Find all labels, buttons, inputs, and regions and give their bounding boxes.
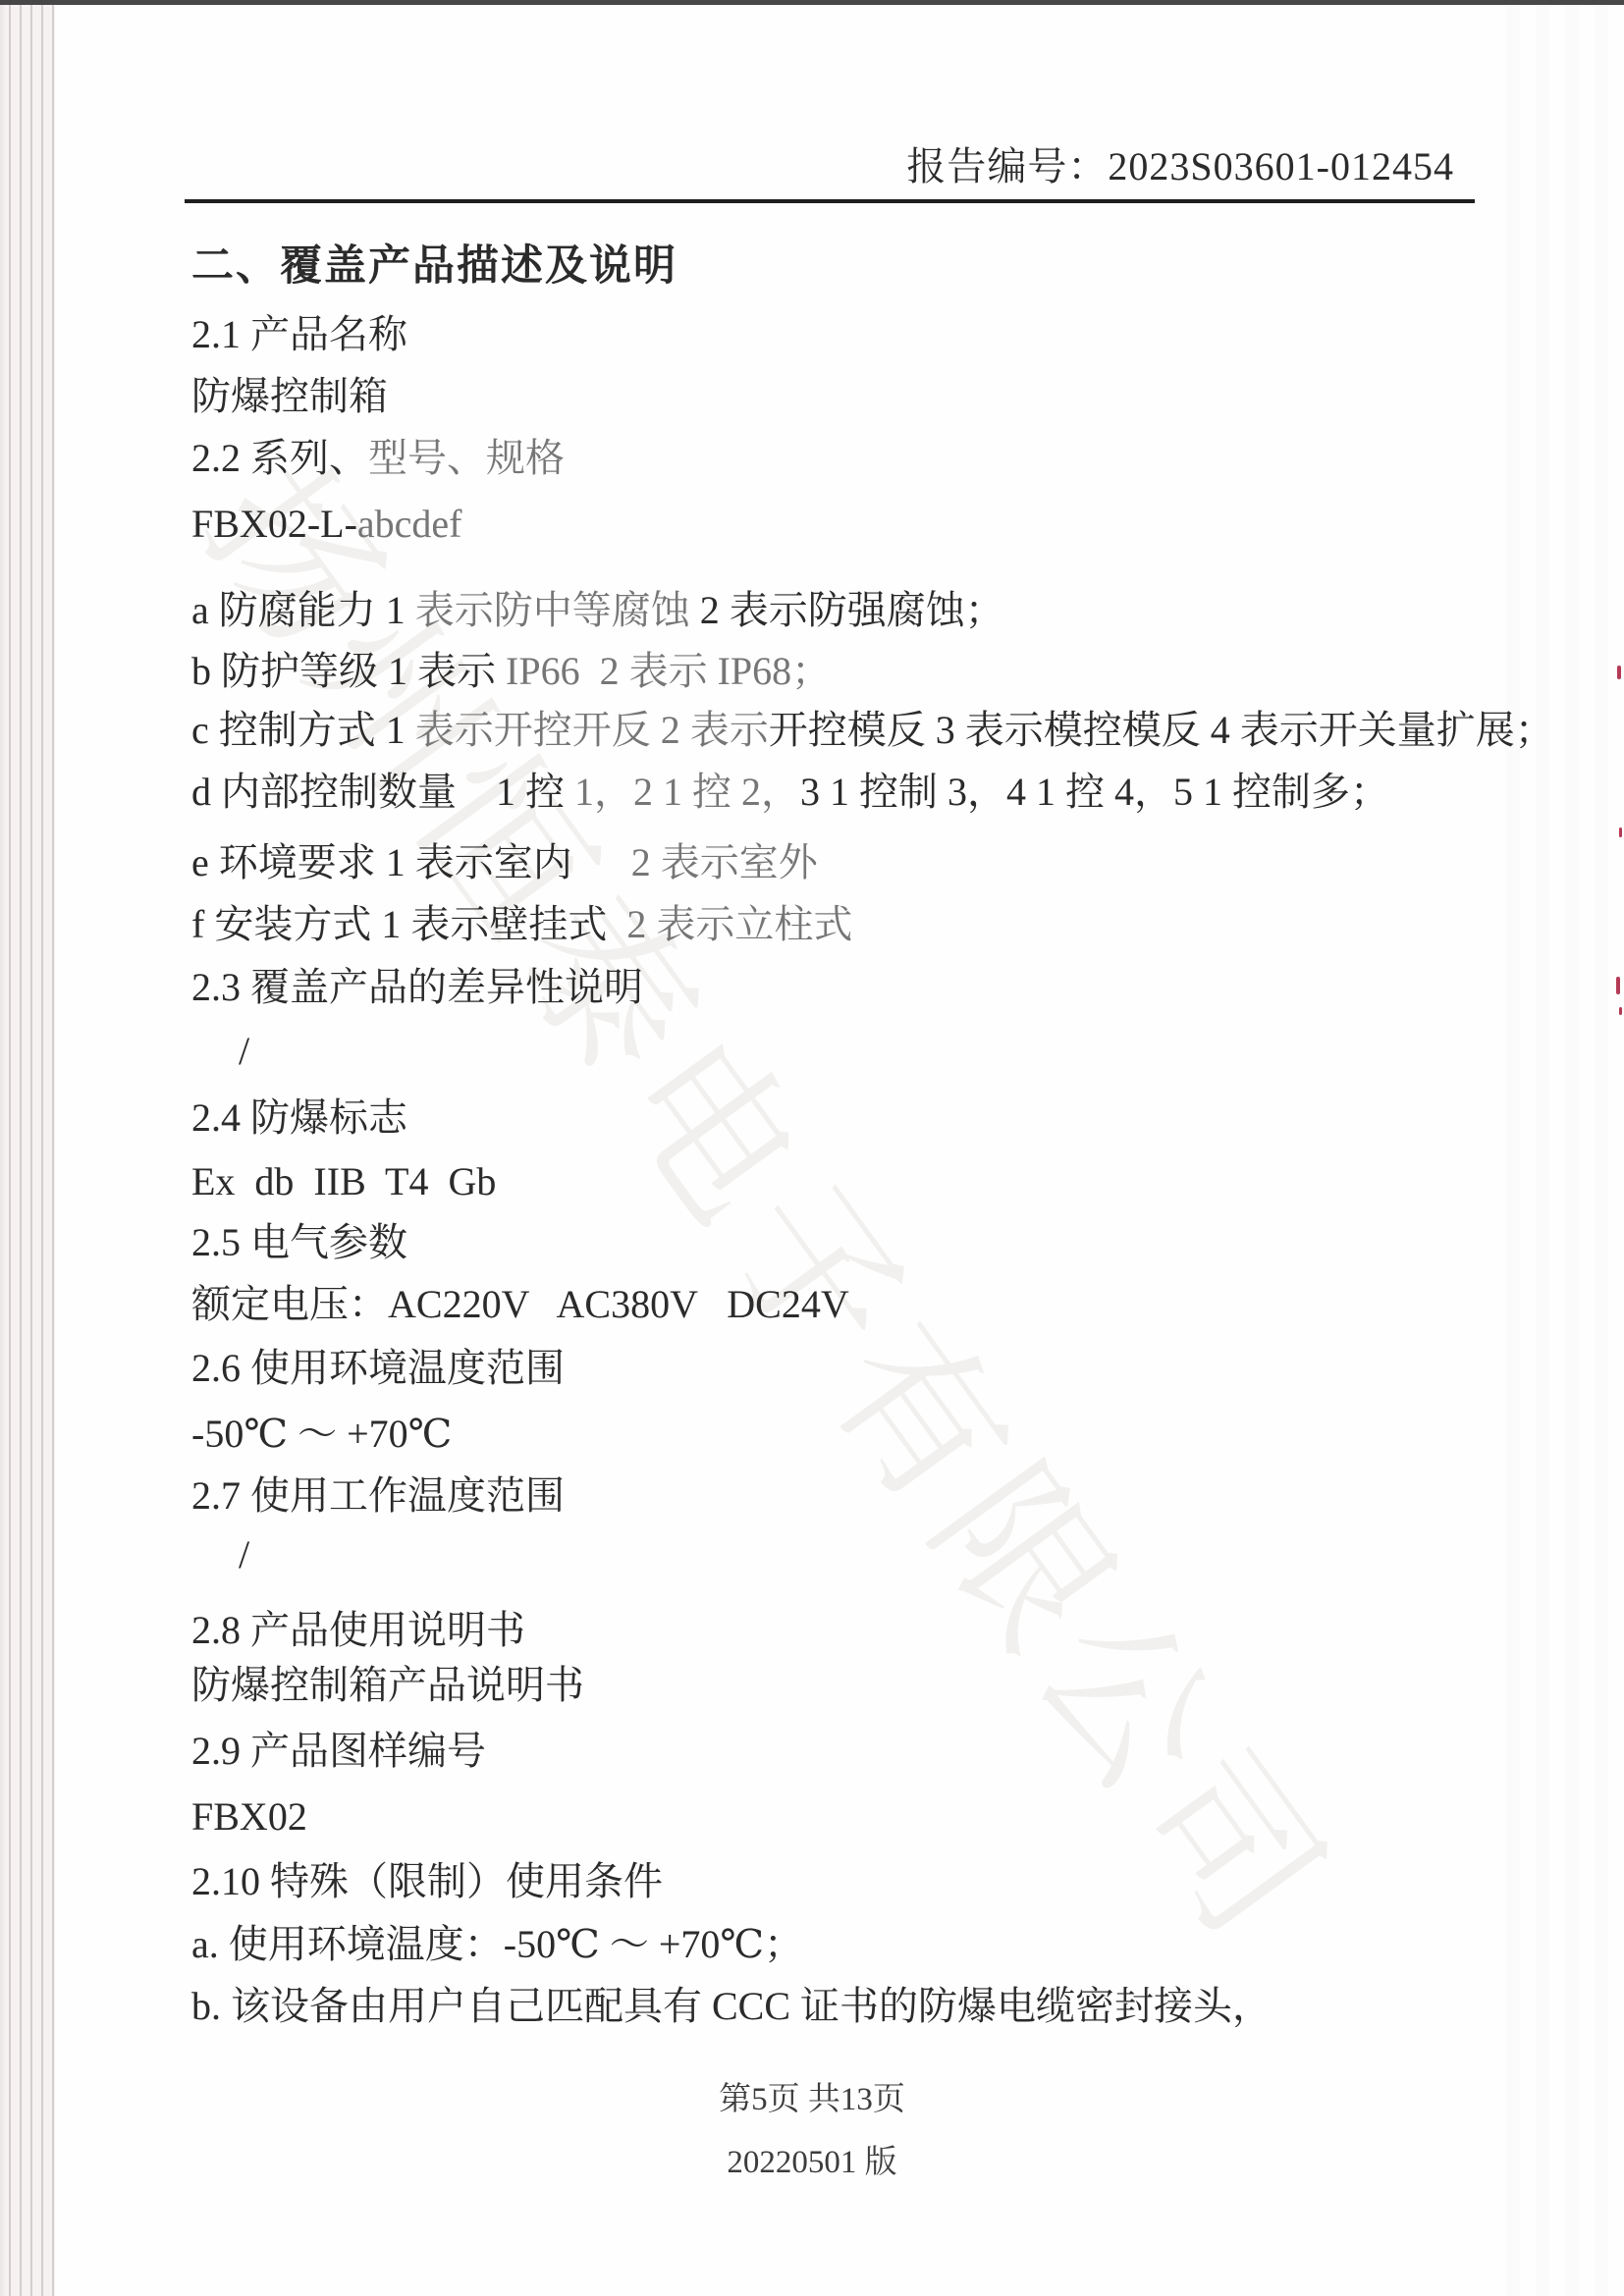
text-segment: 开控模反 3 表示模控模反 4 表示开关量扩展； (769, 708, 1554, 752)
document-line: 额定电压：AC220V AC380V DC24V (191, 1281, 849, 1328)
text-segment: 2.4 防爆标志 (191, 1095, 407, 1140)
red-mark (1616, 977, 1620, 994)
text-segment: 防爆控制箱 (191, 374, 388, 418)
text-segment: -50℃ ～ +70℃ (191, 1412, 452, 1456)
text-segment: Ex db IIB T4 Gb (191, 1159, 496, 1203)
text-segment: 1，2 1 控 2， (574, 770, 800, 814)
document-line: 2.7 使用工作温度范围 (191, 1472, 565, 1520)
text-segment: e 环境要求 1 表示室内 (191, 840, 572, 884)
text-segment: 二、覆盖产品描述及说明 (191, 243, 677, 290)
text-segment: f 安装方式 1 表示壁挂式 (191, 902, 607, 946)
text-segment: 2 表示立柱式 (607, 902, 852, 946)
document-line: d 内部控制数量 1 控 1，2 1 控 2，3 1 控制 3，4 1 控 4，… (191, 769, 1389, 816)
red-mark (1617, 666, 1621, 679)
document-line: 2.6 使用环境温度范围 (191, 1345, 565, 1392)
footer-version: 20220501 版 (0, 2136, 1624, 2182)
text-segment: FBX02-L- (191, 502, 357, 546)
document-line: 2.9 产品图样编号 (191, 1728, 486, 1775)
document-line: -50℃ ～ +70℃ (191, 1411, 452, 1458)
text-segment: 2.8 产品使用说明书 (191, 1608, 525, 1652)
document-body: 二、覆盖产品描述及说明2.1 产品名称防爆控制箱2.2 系列、型号、规格FBX0… (0, 0, 1624, 2296)
text-segment: 2.5 电气参数 (191, 1220, 407, 1264)
document-line: 2.10 特殊（限制）使用条件 (191, 1858, 663, 1905)
document-line: b 防护等级 1 表示 IP66 2 表示 IP68； (191, 648, 831, 695)
text-segment: FBX02 (191, 1794, 307, 1839)
text-segment: abcdef (357, 502, 462, 546)
text-segment: d 内部控制数量 1 控 (191, 770, 574, 814)
text-segment: 2.6 使用环境温度范围 (191, 1346, 565, 1390)
document-line: 2.1 产品名称 (191, 311, 407, 358)
text-segment: 表示防中等腐蚀 (415, 588, 700, 632)
document-line: 2.3 覆盖产品的差异性说明 (191, 964, 643, 1011)
document-line: 2.8 产品使用说明书 (191, 1607, 525, 1654)
text-segment: 额定电压：AC220V AC380V DC24V (191, 1282, 849, 1326)
text-segment: 防爆控制箱产品说明书 (191, 1663, 584, 1707)
scanned-page: 扬州恒泰电子有限公司 报告编号：2023S03601-012454 二、覆盖产品… (0, 0, 1624, 2296)
scan-edge-left (0, 0, 55, 2296)
document-line: 防爆控制箱产品说明书 (191, 1662, 584, 1709)
text-segment: IP66 2 表示 IP68； (506, 649, 831, 693)
text-segment: 2.3 覆盖产品的差异性说明 (191, 965, 643, 1009)
document-line: e 环境要求 1 表示室内 2 表示室外 (191, 839, 818, 886)
text-segment: 2.7 使用工作温度范围 (191, 1473, 565, 1518)
red-mark (1619, 1007, 1622, 1015)
document-line: b. 该设备由用户自己匹配具有 CCC 证书的防爆电缆密封接头， (191, 1983, 1272, 2030)
text-segment: / (239, 1532, 249, 1576)
document-line: f 安装方式 1 表示壁挂式 2 表示立柱式 (191, 901, 852, 948)
text-segment: 2.2 系列、 (191, 436, 368, 480)
text-segment: 型号、规格 (368, 436, 565, 480)
text-segment: / (239, 1029, 249, 1073)
text-segment: a 防腐能力 1 (191, 588, 415, 632)
text-segment: b 防护等级 1 表示 (191, 649, 506, 693)
document-line: 防爆控制箱 (191, 373, 388, 420)
text-segment: 2.1 产品名称 (191, 312, 407, 356)
text-segment: c 控制方式 1 (191, 708, 415, 752)
text-segment: b. 该设备由用户自己匹配具有 CCC 证书的防爆电缆密封接头， (191, 1984, 1272, 2028)
document-line: 2.4 防爆标志 (191, 1095, 407, 1142)
text-segment: 2 表示防强腐蚀； (700, 588, 1004, 632)
text-segment: 3 1 控制 3，4 1 控 4，5 1 控制多； (800, 770, 1389, 814)
document-line: 2.2 系列、型号、规格 (191, 435, 565, 482)
scan-top-edge (0, 0, 1624, 5)
document-line: a 防腐能力 1 表示防中等腐蚀 2 表示防强腐蚀； (191, 587, 1004, 634)
document-line: c 控制方式 1 表示开控开反 2 表示开控模反 3 表示模控模反 4 表示开关… (191, 707, 1554, 754)
text-segment: 表示开控开反 2 表示 (415, 708, 769, 752)
red-mark (1619, 828, 1622, 837)
document-line: 二、覆盖产品描述及说明 (191, 243, 677, 291)
document-line: Ex db IIB T4 Gb (191, 1158, 496, 1205)
document-line: 2.5 电气参数 (191, 1219, 407, 1266)
footer-page-indicator: 第5页 共13页 (0, 2073, 1624, 2119)
text-segment: a. 使用环境温度：-50℃ ～ +70℃； (191, 1922, 803, 1966)
document-line: a. 使用环境温度：-50℃ ～ +70℃； (191, 1921, 803, 1968)
document-line: FBX02-L-abcdef (191, 501, 461, 548)
document-line: / (239, 1531, 249, 1578)
text-segment: 2 表示室外 (572, 840, 818, 884)
text-segment: 2.10 特殊（限制）使用条件 (191, 1859, 663, 1903)
document-line: FBX02 (191, 1793, 307, 1841)
document-line: / (239, 1028, 249, 1075)
text-segment: 2.9 产品图样编号 (191, 1729, 486, 1773)
